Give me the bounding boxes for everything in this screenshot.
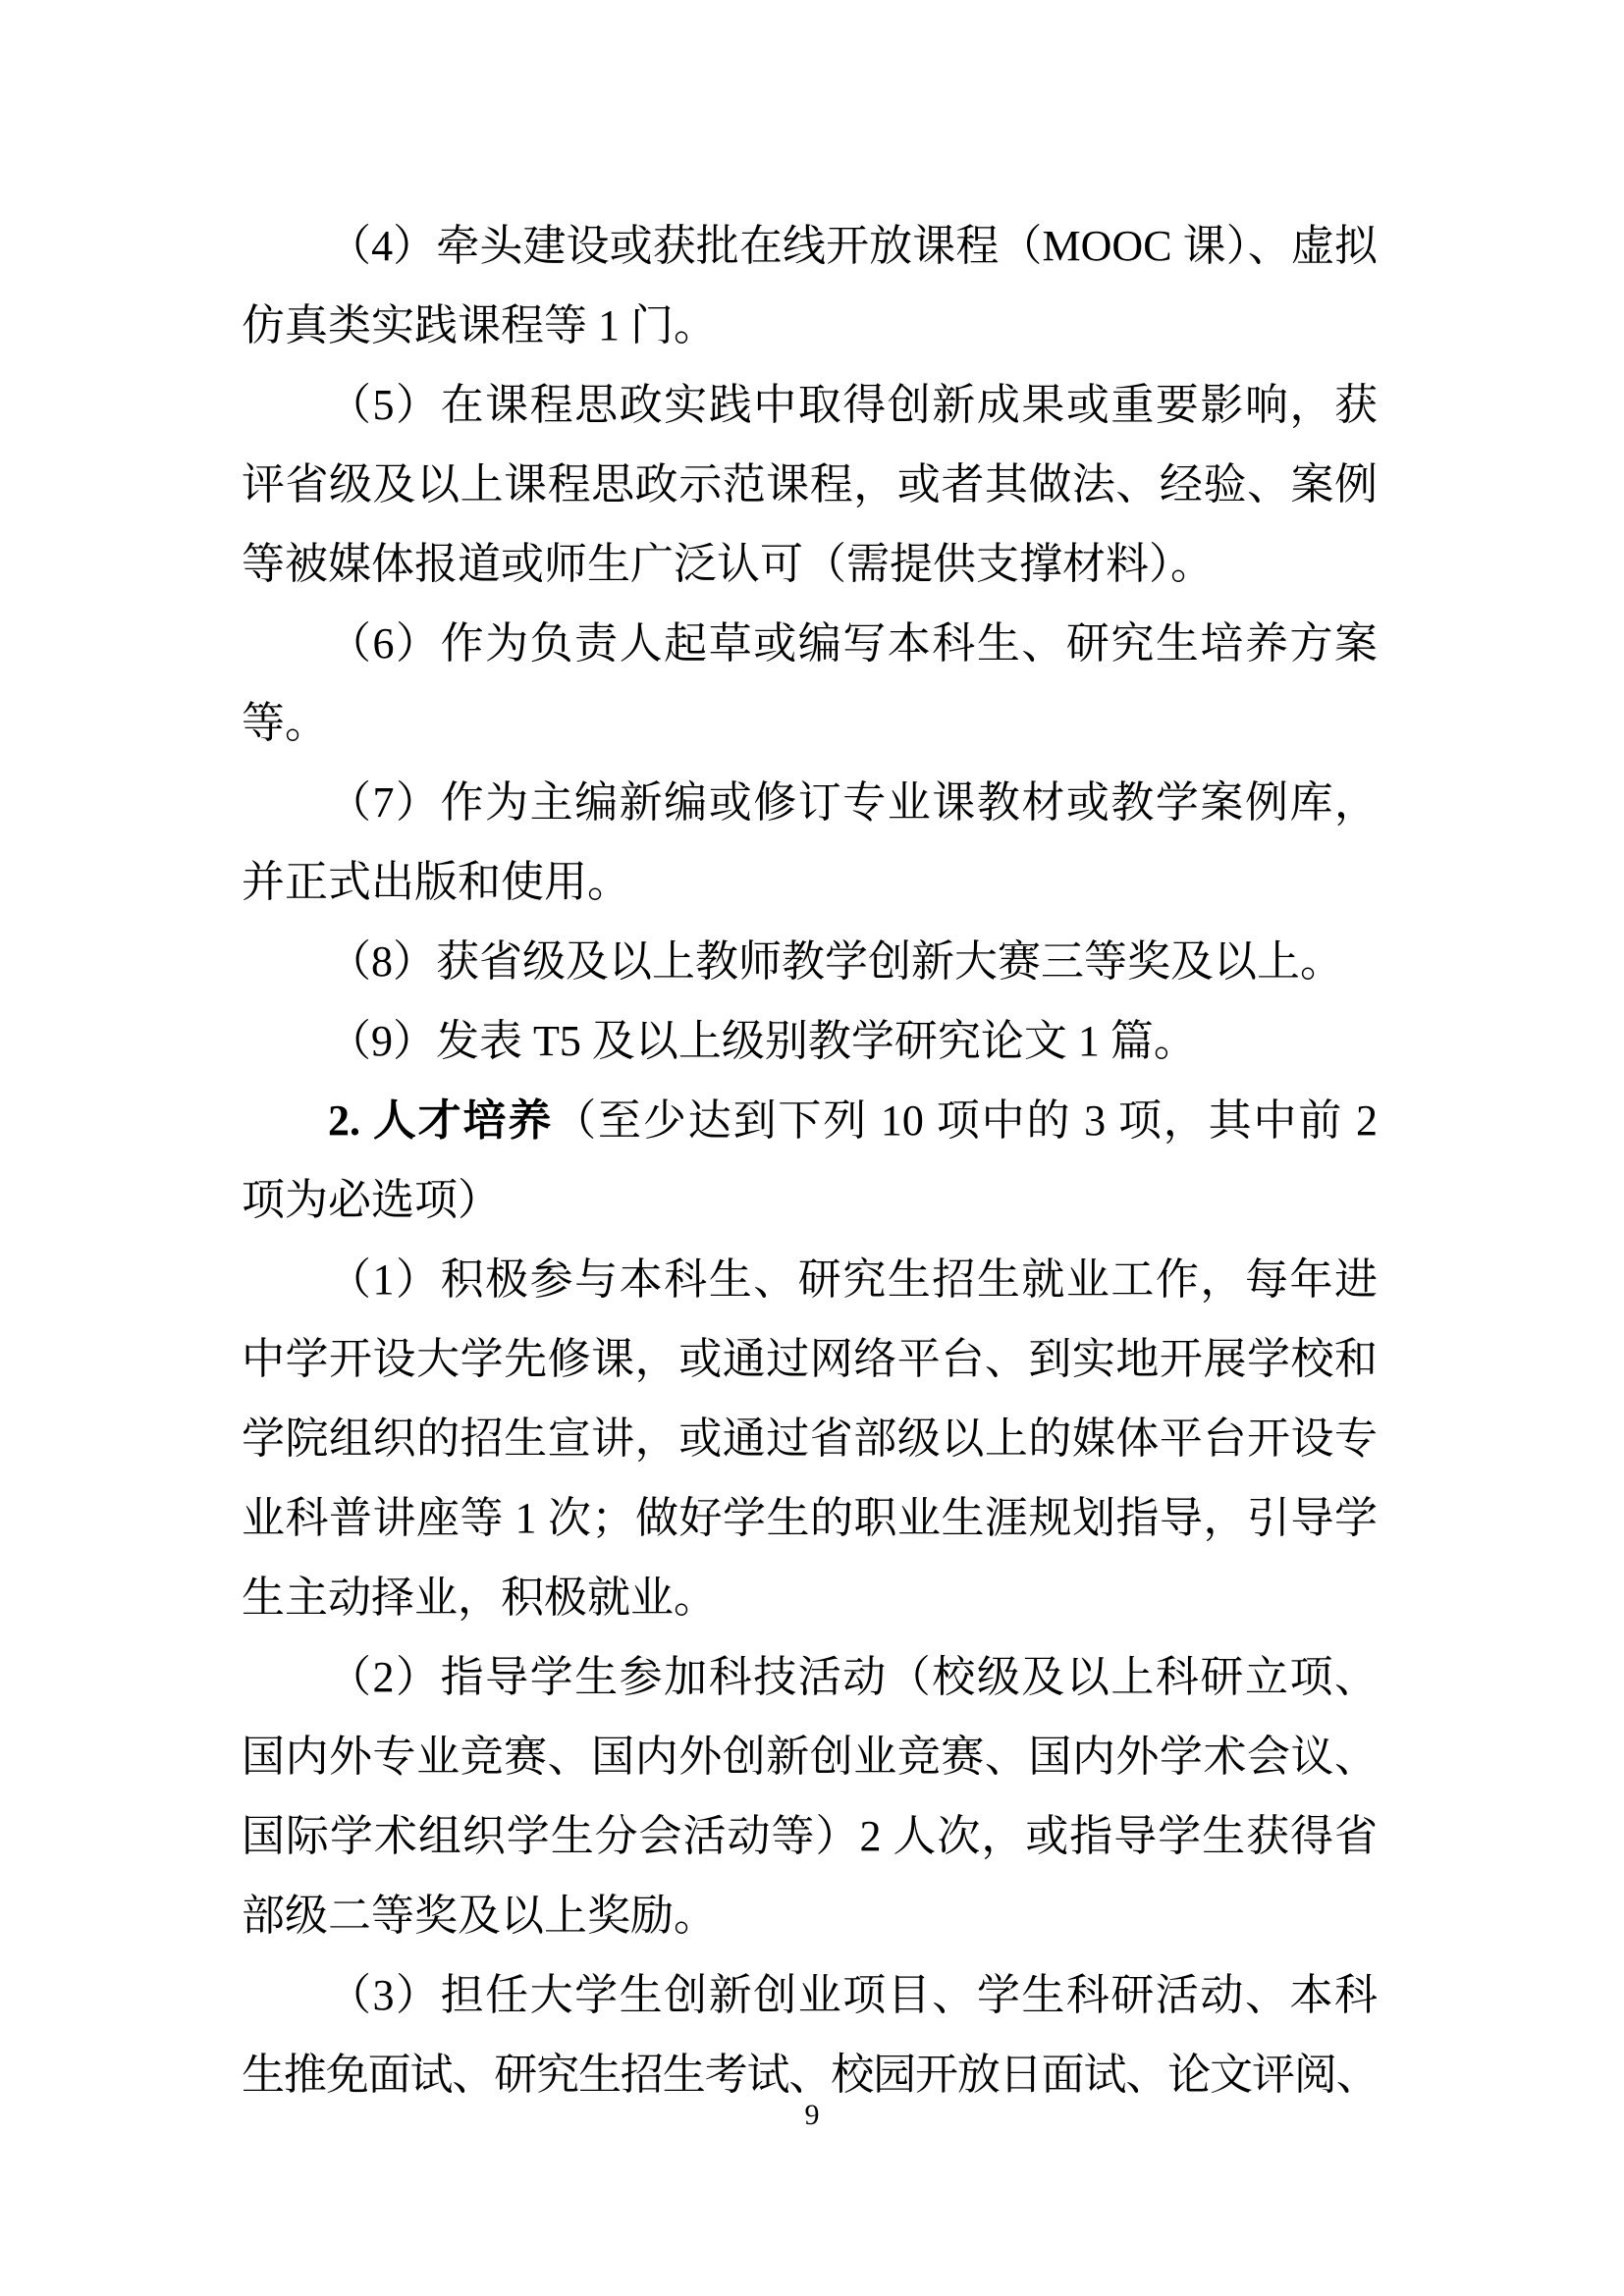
section-heading-note: （至少达到下列 10 项中的 3 项，其中前 2 — [553, 1096, 1378, 1145]
text-line: （7）作为主编新编或修订专业课教材或教学案例库， — [242, 763, 1378, 842]
text-line: （8）获省级及以上教师教学创新大赛三等奖及以上。 — [242, 922, 1378, 1001]
text-line: （3）担任大学生创新创业项目、学生科研活动、本科 — [242, 1955, 1378, 2035]
text-line: 等。 — [242, 683, 1378, 763]
page-number: 9 — [0, 2099, 1624, 2132]
document-page: （4）牵头建设或获批在线开放课程（MOOC 课）、虚拟 仿真类实践课程等 1 门… — [0, 0, 1624, 2296]
text-line: 中学开设大学先修课，或通过网络平台、到实地开展学校和 — [242, 1319, 1378, 1399]
text-line: （4）牵头建设或获批在线开放课程（MOOC 课）、虚拟 — [242, 206, 1378, 286]
text-line: （9）发表 T5 及以上级别教学研究论文 1 篇。 — [242, 1001, 1378, 1081]
text-line: 部级二等奖及以上奖励。 — [242, 1876, 1378, 1955]
section-heading: 2. 人才培养 — [328, 1096, 553, 1145]
text-line: 国内外专业竞赛、国内外创新创业竞赛、国内外学术会议、 — [242, 1717, 1378, 1796]
text-line: （5）在课程思政实践中取得创新成果或重要影响，获 — [242, 365, 1378, 445]
text-line: 仿真类实践课程等 1 门。 — [242, 286, 1378, 365]
text-line: （2）指导学生参加科技活动（校级及以上科研立项、 — [242, 1637, 1378, 1717]
text-line section-heading-line: 2. 人才培养（至少达到下列 10 项中的 3 项，其中前 2 — [242, 1081, 1378, 1160]
text-line: 等被媒体报道或师生广泛认可（需提供支撑材料）。 — [242, 524, 1378, 604]
document-body: （4）牵头建设或获批在线开放课程（MOOC 课）、虚拟 仿真类实践课程等 1 门… — [242, 206, 1378, 2114]
text-line: 并正式出版和使用。 — [242, 842, 1378, 922]
text-line: 学院组织的招生宣讲，或通过省部级以上的媒体平台开设专 — [242, 1399, 1378, 1478]
text-line: （1）积极参与本科生、研究生招生就业工作，每年进 — [242, 1240, 1378, 1319]
text-line: 国际学术组织学生分会活动等）2 人次，或指导学生获得省 — [242, 1796, 1378, 1876]
text-line: 评省级及以上课程思政示范课程，或者其做法、经验、案例 — [242, 445, 1378, 524]
text-line: 生主动择业，积极就业。 — [242, 1558, 1378, 1637]
text-line: 业科普讲座等 1 次；做好学生的职业生涯规划指导，引导学 — [242, 1478, 1378, 1558]
text-line: （6）作为负责人起草或编写本科生、研究生培养方案 — [242, 604, 1378, 683]
text-line: 项为必选项） — [242, 1160, 1378, 1240]
